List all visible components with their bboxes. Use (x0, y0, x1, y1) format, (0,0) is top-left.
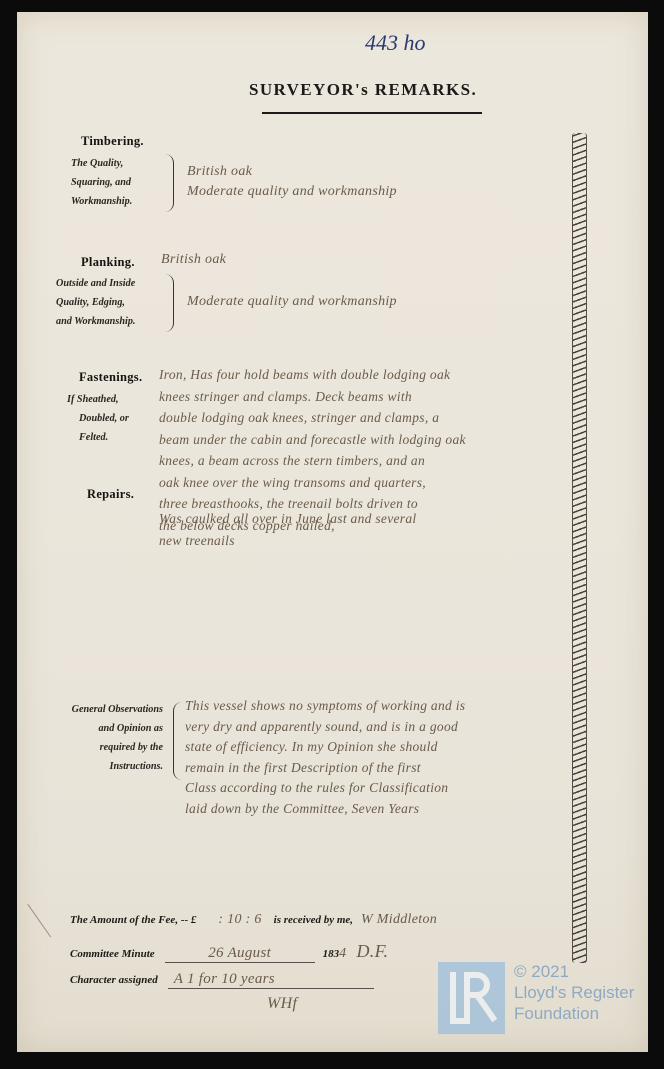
planking-criteria: Outside and Inside Quality, Edging, and … (56, 274, 135, 331)
committee-initials: D.F. (356, 941, 388, 961)
general-observations-brace (173, 702, 182, 780)
fee-value: : 10 : 6 (218, 912, 261, 927)
character-assigned-value: A 1 for 10 years (168, 971, 374, 989)
planking-remark-line: British oak (161, 252, 226, 268)
repairs-heading: Repairs. (87, 487, 134, 502)
watermark-organization: Lloyd's Register Foundation (514, 982, 634, 1024)
title-underline (262, 112, 482, 114)
fastenings-heading: Fastenings. (79, 370, 142, 385)
document-page: 443 ho SURVEYOR's REMARKS. Timbering. Th… (17, 12, 648, 1052)
committee-row: Committee Minute 26 August 1834 D.F. (70, 941, 388, 963)
timbering-remark-line: Moderate quality and workmanship (187, 184, 397, 200)
year-suffix: 4 (339, 946, 346, 961)
character-row: Character assigned A 1 for 10 years (70, 970, 374, 989)
year-prefix: 183 (323, 948, 340, 960)
reference-note: 443 ho (365, 30, 426, 56)
planking-remark-line: Moderate quality and workmanship (187, 294, 397, 310)
fastenings-criteria: If Sheathed, Doubled, or Felted. (67, 390, 129, 447)
bottom-initials: WHf (267, 995, 297, 1013)
planking-brace (165, 274, 174, 332)
committee-label: Committee Minute (70, 948, 155, 960)
received-signature: W Middleton (361, 912, 437, 927)
general-observations-remarks: This vessel shows no symptoms of working… (185, 696, 465, 819)
page-title: SURVEYOR's REMARKS. (249, 80, 477, 100)
timbering-remark-line: British oak (187, 164, 252, 180)
committee-minute-value: 26 August (165, 945, 315, 963)
timbering-brace (165, 154, 174, 212)
character-label: Character assigned (70, 974, 158, 986)
received-label: is received by me, (274, 914, 353, 926)
margin-flourish (27, 887, 75, 938)
fee-row: The Amount of the Fee, -- £ : 10 : 6 is … (70, 910, 437, 928)
general-observations-criteria: General Observations and Opinion as requ… (55, 700, 163, 776)
timbering-criteria: The Quality, Squaring, and Workmanship. (71, 154, 132, 211)
timbering-heading: Timbering. (81, 134, 144, 149)
watermark-copyright: © 2021 (514, 962, 569, 982)
fee-label: The Amount of the Fee, -- £ (70, 914, 196, 926)
decorative-spiral-border (572, 133, 587, 963)
lr-logo (438, 962, 505, 1034)
planking-heading: Planking. (81, 255, 135, 270)
repairs-remarks: Was caulked all over in June last and se… (159, 508, 416, 552)
